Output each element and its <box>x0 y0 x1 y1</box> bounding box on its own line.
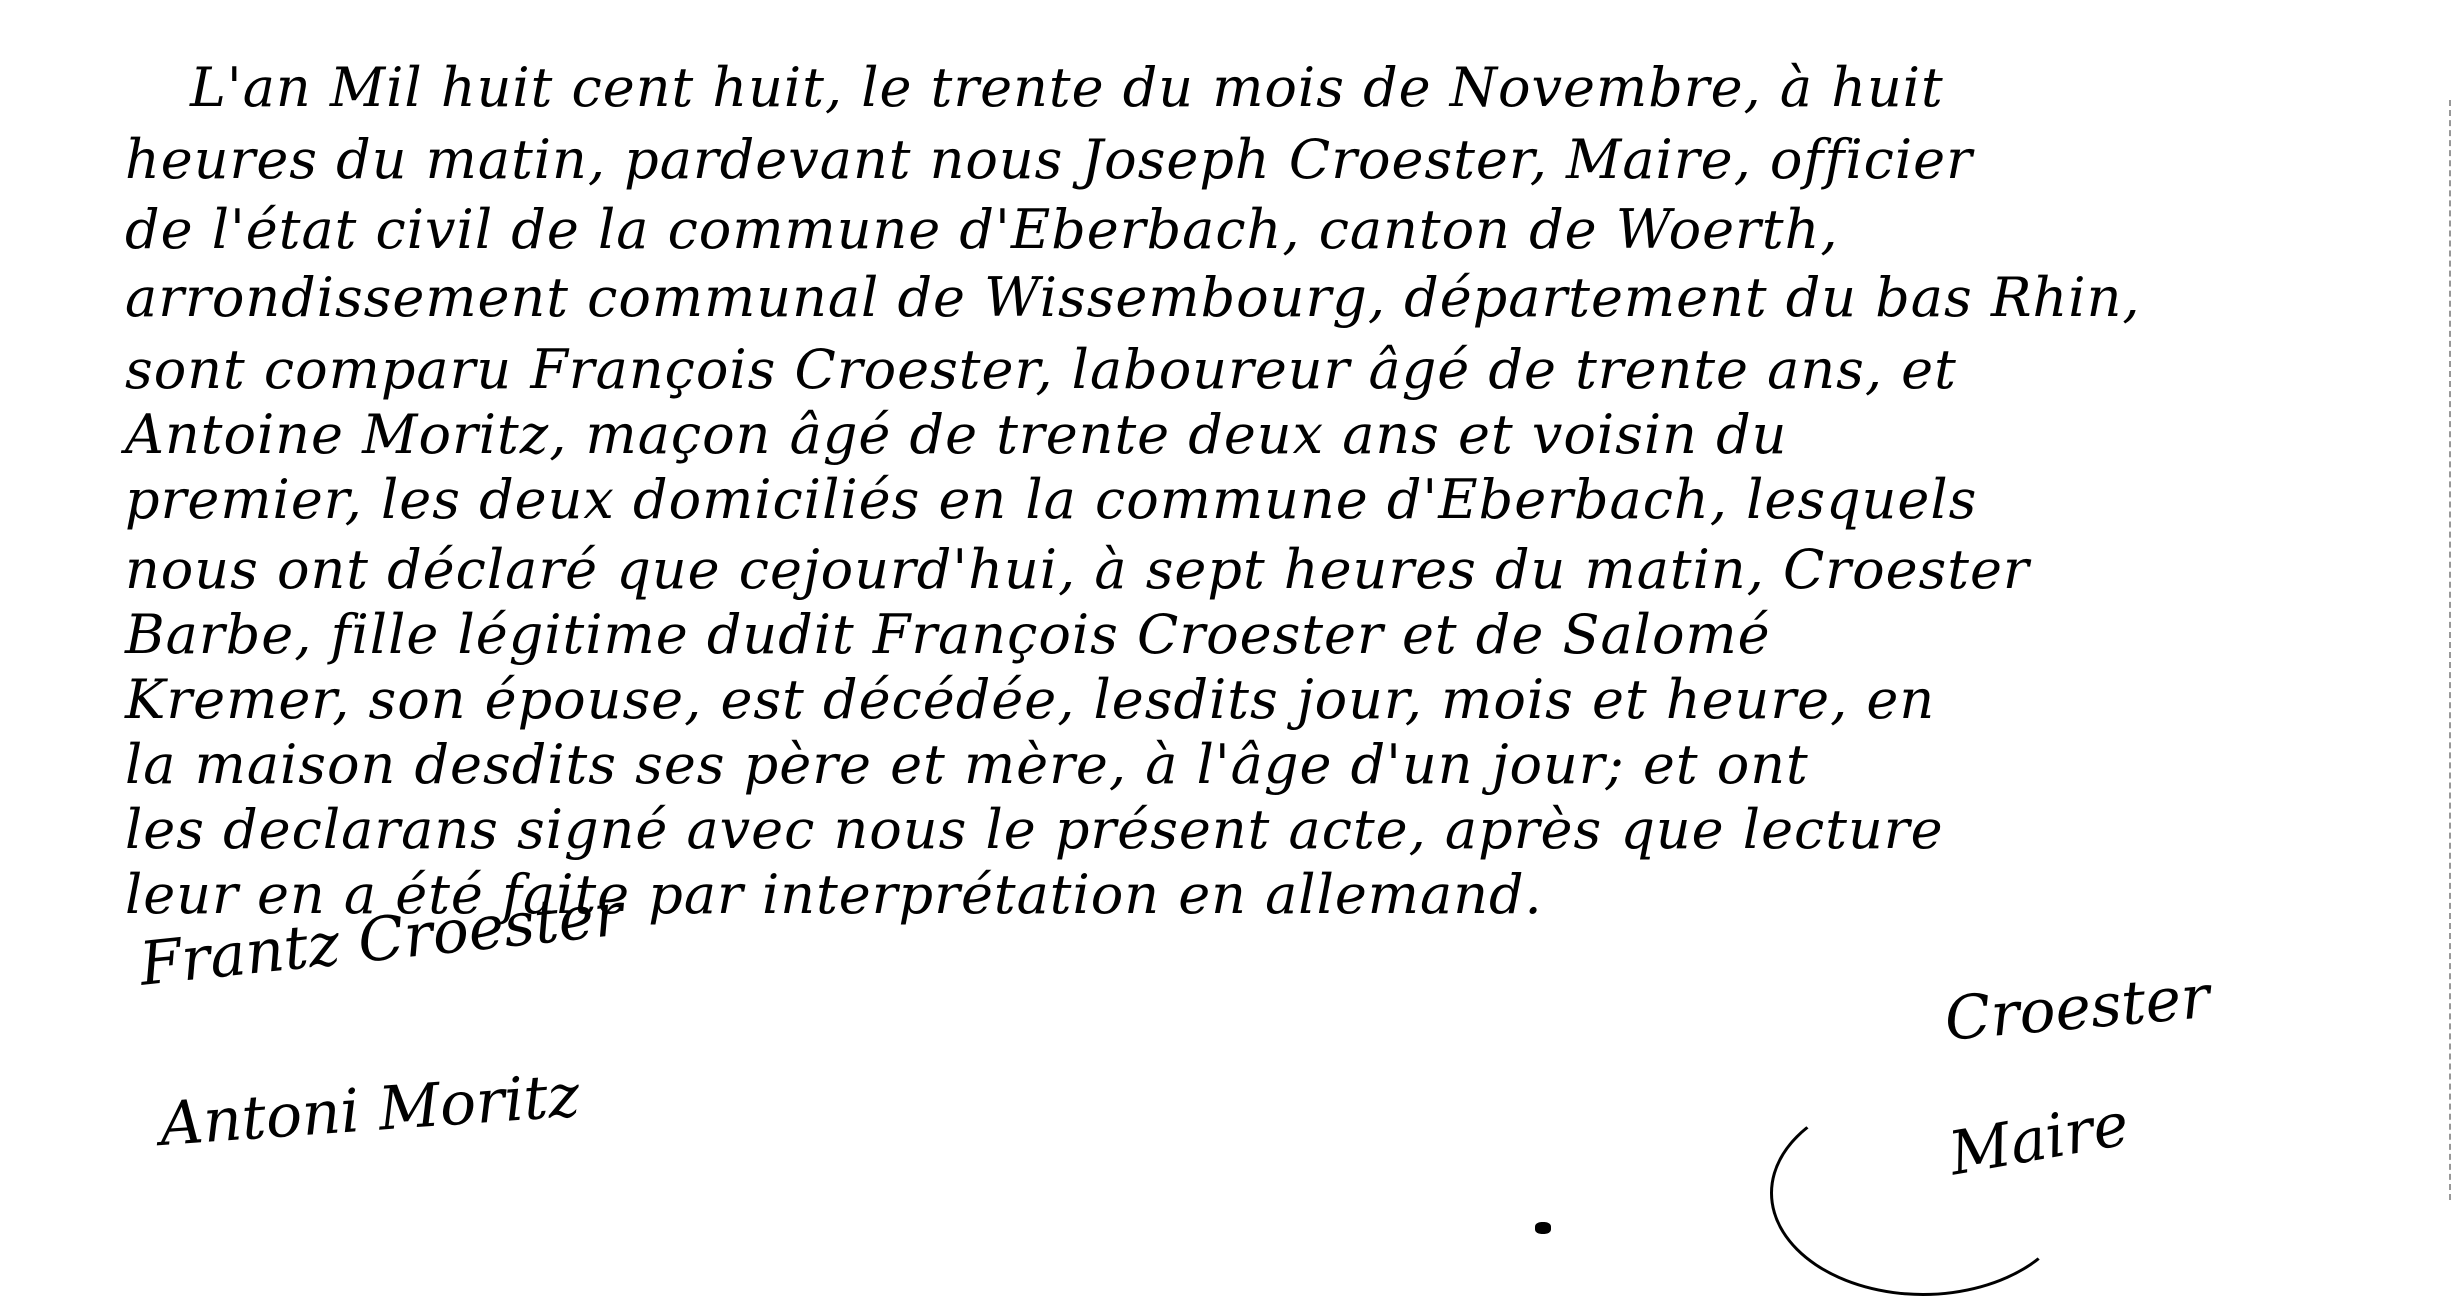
text-line-2: heures du matin, pardevant nous Joseph C… <box>125 130 1973 190</box>
text-line-12: les declarans signé avec nous le présent… <box>125 800 1944 860</box>
text-line-5: sont comparu François Croester, laboureu… <box>125 340 1957 400</box>
text-line-4: arrondissement communal de Wissembourg, … <box>125 268 2141 328</box>
signature-witness-2: Antoni Moritz <box>158 1061 582 1160</box>
mayor-signature-flourish <box>1770 1090 2076 1296</box>
text-line-7: premier, les deux domiciliés en la commu… <box>125 470 1977 530</box>
ink-mark <box>1535 1222 1551 1234</box>
text-line-1: L'an Mil huit cent huit, le trente du mo… <box>190 58 1944 118</box>
document-page: L'an Mil huit cent huit, le trente du mo… <box>0 0 2453 1297</box>
text-line-10: Kremer, son épouse, est décédée, lesdits… <box>125 670 1935 730</box>
text-line-8: nous ont déclaré que cejourd'hui, à sept… <box>125 540 2030 600</box>
text-line-11: la maison desdits ses père et mère, à l'… <box>125 735 1809 795</box>
text-line-6: Antoine Moritz, maçon âgé de trente deux… <box>125 405 1787 465</box>
signature-mayor-name: Croester <box>1942 962 2212 1055</box>
text-line-9: Barbe, fille légitime dudit François Cro… <box>125 605 1771 665</box>
text-line-3: de l'état civil de la commune d'Eberbach… <box>125 200 1839 260</box>
page-edge-rule <box>2447 100 2451 1200</box>
